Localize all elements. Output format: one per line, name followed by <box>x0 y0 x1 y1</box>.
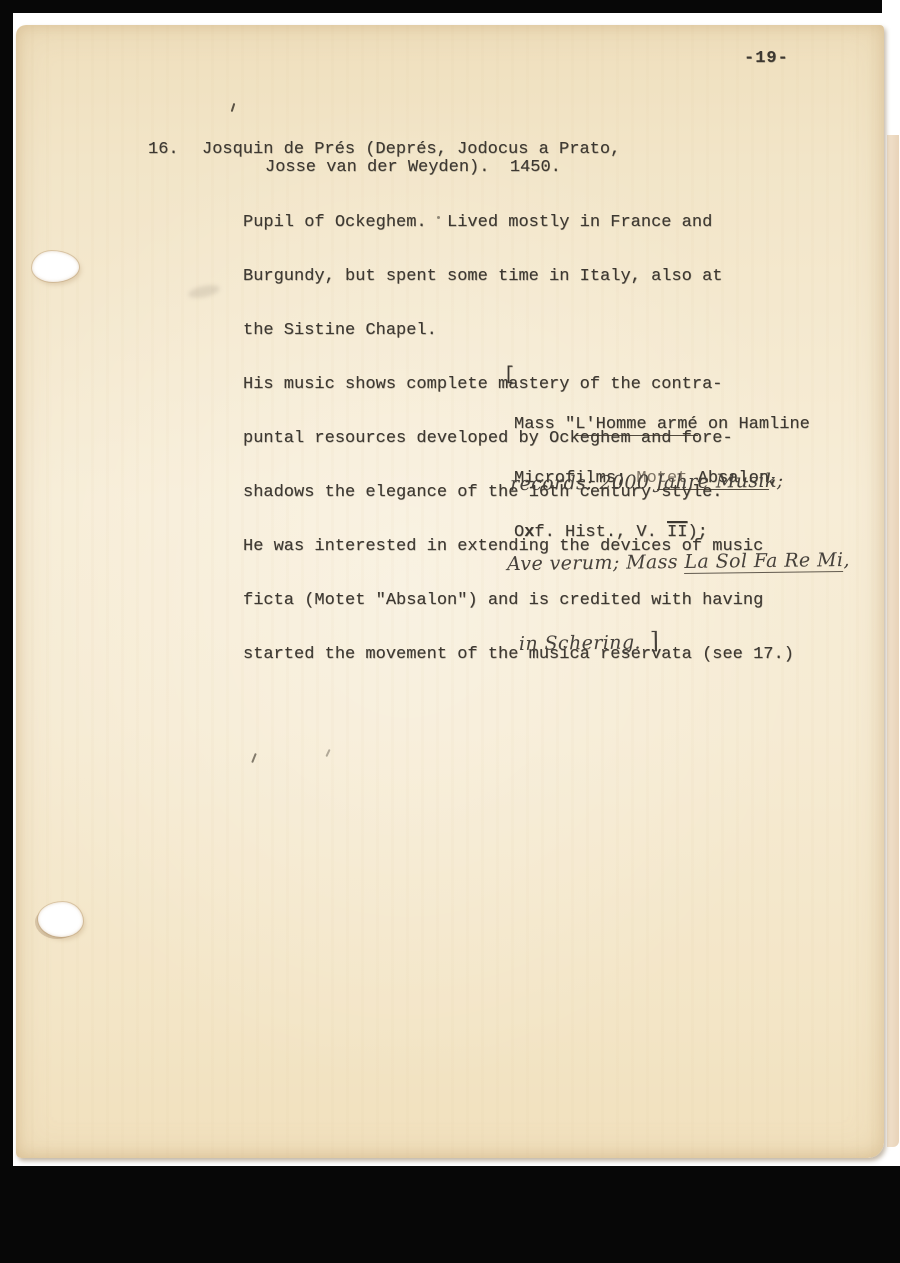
stray-ink-mark <box>231 103 236 112</box>
handwritten-line: Ave verum; Mass La Sol Fa Re Mi, <box>507 546 850 577</box>
entry-heading-line2: Josse van der Weyden). 1450. <box>265 159 561 177</box>
scan-border-bottom <box>0 1166 900 1263</box>
annotation-open-bracket: [ <box>504 366 515 384</box>
punch-hole-bottom <box>38 902 83 937</box>
handwritten-note: records: 2000 Jahre Musik; Ave verum; Ma… <box>509 414 851 711</box>
annotation-close-bracket: ] <box>650 628 659 654</box>
stray-ink-mark <box>325 749 330 757</box>
stray-ink-mark <box>251 753 257 763</box>
handwritten-text: , <box>843 548 850 570</box>
entry-heading-line1: Josquin de Prés (Deprés, Jodocus a Prato… <box>202 141 620 159</box>
body-line: Burgundy, but spent some time in Italy, … <box>243 268 794 286</box>
entry-number: 16. <box>148 141 179 159</box>
handwritten-line: in Schering.] <box>519 626 851 658</box>
paper-sheet: -19- 16. Josquin de Prés (Deprés, Jodocu… <box>16 25 884 1158</box>
scan-border-left <box>0 0 13 1167</box>
handwritten-line: records: 2000 Jahre Musik; <box>510 467 849 498</box>
body-line: Pupil of Ockeghem. Lived mostly in Franc… <box>243 214 794 232</box>
body-line: the Sistine Chapel. <box>243 322 794 340</box>
stray-ink-dot <box>437 216 440 219</box>
handwritten-text: Ave verum; Mass <box>507 550 685 574</box>
punch-hole-top <box>32 251 79 282</box>
handwritten-underlined-title: La Sol Fa Re Mi <box>684 549 843 574</box>
handwritten-text: in Schering. <box>519 631 641 654</box>
page-number: -19- <box>744 50 789 68</box>
scan-border-top <box>0 0 882 13</box>
scanned-document-page: -19- 16. Josquin de Prés (Deprés, Jodocu… <box>0 0 900 1263</box>
adjacent-page-edge <box>887 135 899 1147</box>
ink-smudge <box>187 283 221 300</box>
